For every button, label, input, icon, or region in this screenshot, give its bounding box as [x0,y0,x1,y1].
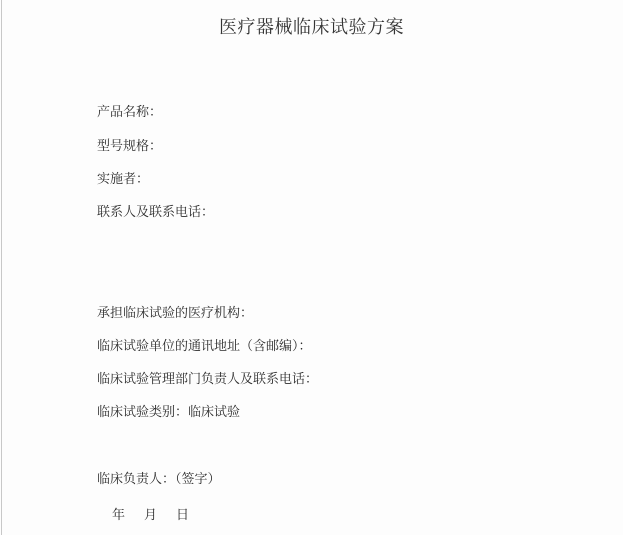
field-model-spec: 型号规格： [97,139,162,155]
date-year: 年 [112,508,125,524]
field-management-contact: 临床试验管理部门负责人及联系电话： [97,372,318,388]
document-title: 医疗器械临床试验方案 [0,17,623,39]
field-medical-institution: 承担临床试验的医疗机构： [97,306,253,322]
field-contact-phone: 联系人及联系电话： [97,205,214,221]
page-left-border [1,0,2,535]
field-implementer: 实施者： [97,172,149,188]
date-month: 月 [144,508,157,524]
date-day: 日 [176,508,189,524]
field-product-name: 产品名称： [97,105,162,121]
signature-date: 年月日 [112,508,189,524]
document-page: 医疗器械临床试验方案 产品名称： 型号规格： 实施者： 联系人及联系电话： 承担… [0,0,623,535]
field-trial-category: 临床试验类别：临床试验 [97,405,240,421]
field-mailing-address: 临床试验单位的通讯地址（含邮编）： [97,339,312,355]
field-principal-signature: 临床负责人：（签字） [97,472,221,488]
